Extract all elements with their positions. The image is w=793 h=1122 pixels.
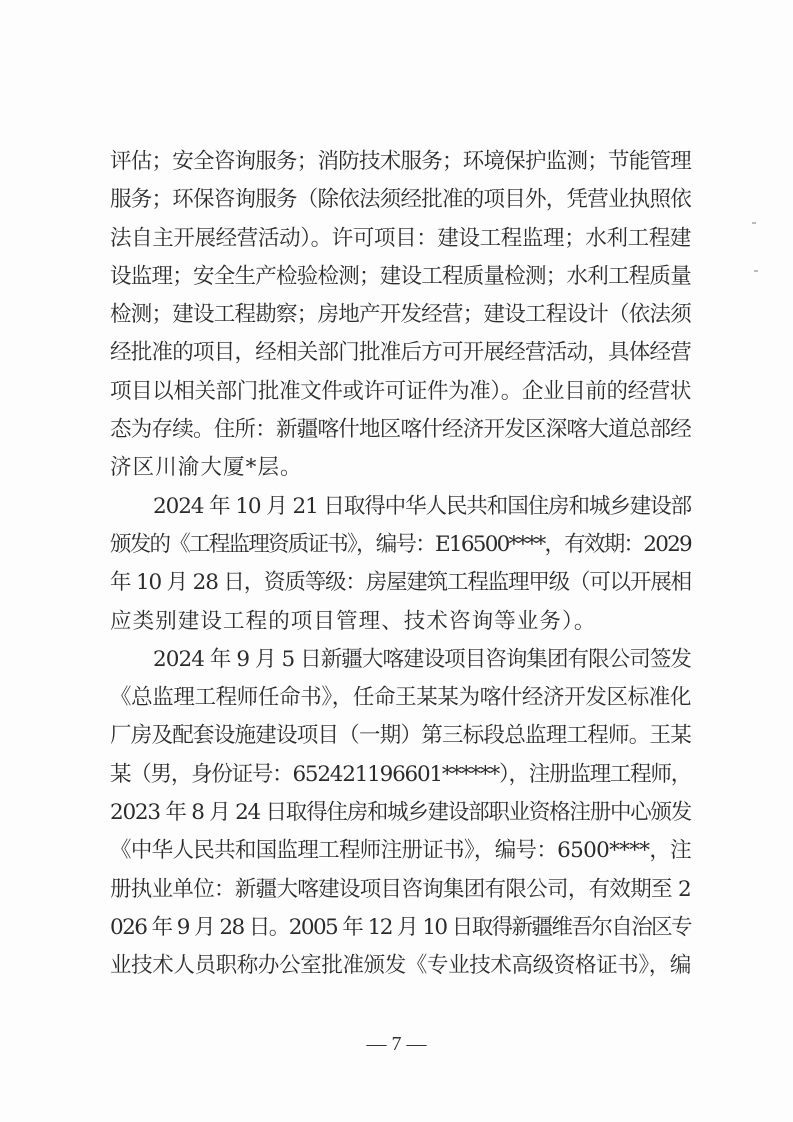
text-line: 检测；建设工程勘察；房地产开发经营；建设工程设计（依法须: [110, 296, 691, 334]
text-line: 济区川渝大厦*层。: [110, 449, 691, 487]
text-line: 2024 年 9 月 5 日新疆大喀建设项目咨询集团有限公司签发: [110, 641, 691, 679]
text-line: 年 10 月 28 日，资质等级：房屋建筑工程监理甲级（可以开展相: [110, 564, 691, 602]
body-text: 评估；安全咨询服务；消防技术服务；环境保护监测；节能管理 服务；环保咨询服务（除…: [110, 143, 691, 986]
text-line: 《中华人民共和国监理工程师注册证书》，编号：6500****，注: [110, 832, 691, 870]
paragraph-business-scope: 评估；安全咨询服务；消防技术服务；环境保护监测；节能管理 服务；环保咨询服务（除…: [110, 143, 691, 488]
scan-speck: [752, 222, 756, 224]
text-line: 经批准的项目，经相关部门批准后方可开展经营活动，具体经营: [110, 334, 691, 372]
text-line: 颁发的《工程监理资质证书》，编号：E16500****，有效期：2029: [110, 526, 691, 564]
text-line: 业技术人员职称办公室批准颁发《专业技术高级资格证书》，编: [110, 947, 691, 985]
text-line: 设监理；安全生产检验检测；建设工程质量检测；水利工程质量: [110, 258, 691, 296]
text-line: 服务；环保咨询服务（除依法须经批准的项目外，凭营业执照依: [110, 181, 691, 219]
paragraph-chief-engineer: 2024 年 9 月 5 日新疆大喀建设项目咨询集团有限公司签发 《总监理工程师…: [110, 641, 691, 986]
text-line: 项目以相关部门批准文件或许可证件为准）。企业目前的经营状: [110, 373, 691, 411]
text-line: 评估；安全咨询服务；消防技术服务；环境保护监测；节能管理: [110, 143, 691, 181]
text-line: 2024 年 10 月 21 日取得中华人民共和国住房和城乡建设部: [110, 488, 691, 526]
text-line: 册执业单位：新疆大喀建设项目咨询集团有限公司，有效期至 2: [110, 871, 691, 909]
text-line: 026 年 9 月 28 日。2005 年 12 月 10 日取得新疆维吾尔自治…: [110, 909, 691, 947]
text-line: 某（男，身份证号：652421196601******），注册监理工程师，: [110, 756, 691, 794]
text-line: 应类别建设工程的项目管理、技术咨询等业务）。: [110, 603, 691, 641]
paragraph-qualification-certificate: 2024 年 10 月 21 日取得中华人民共和国住房和城乡建设部 颁发的《工程…: [110, 488, 691, 641]
text-line: 2023 年 8 月 24 日取得住房和城乡建设部职业资格注册中心颁发: [110, 794, 691, 832]
document-page: 评估；安全咨询服务；消防技术服务；环境保护监测；节能管理 服务；环保咨询服务（除…: [0, 0, 793, 1122]
text-line: 态为存续。住所：新疆喀什地区喀什经济开发区深喀大道总部经: [110, 411, 691, 449]
page-number: — 7 —: [0, 1033, 793, 1056]
text-line: 法自主开展经营活动）。许可项目：建设工程监理；水利工程建: [110, 220, 691, 258]
scan-speck: [754, 270, 758, 272]
text-line: 《总监理工程师任命书》，任命王某某为喀什经济开发区标准化: [110, 679, 691, 717]
text-line: 厂房及配套设施建设项目（一期）第三标段总监理工程师。王某: [110, 717, 691, 755]
